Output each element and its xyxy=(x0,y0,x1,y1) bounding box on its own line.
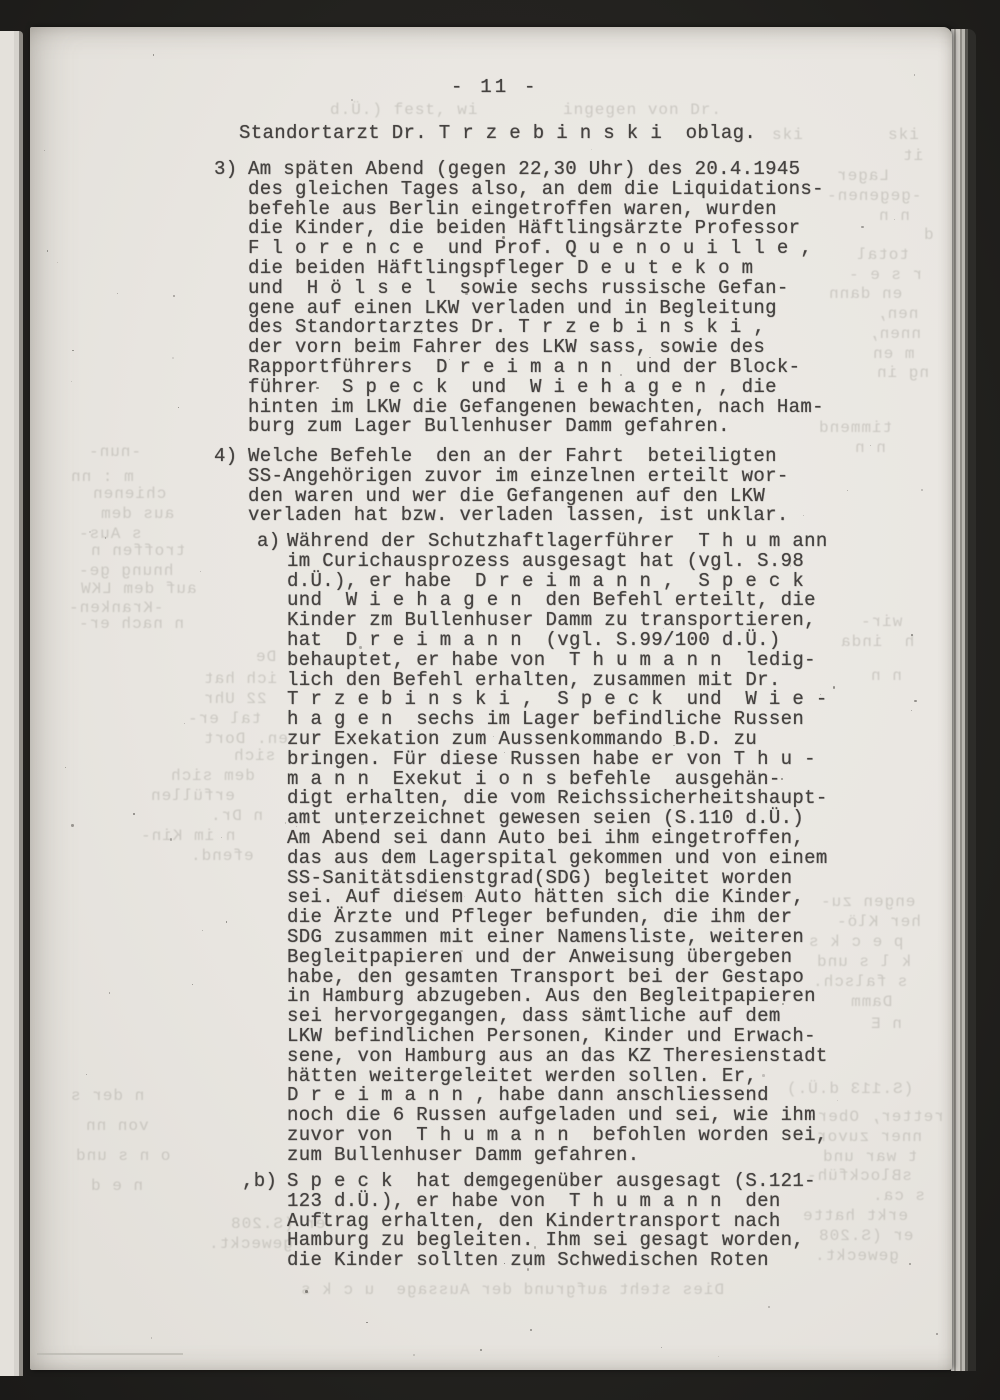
text-line: des gleichen Tages also, an dem die Liqu… xyxy=(248,180,824,200)
text-line: die Ärzte und Pfleger befunden, die ihm … xyxy=(287,908,828,928)
text-line: Rapportführers D r e i m a n n und der B… xyxy=(248,358,824,378)
text-line: zuvor von T h u m a n n befohlen worden … xyxy=(287,1126,828,1146)
text-line: 123 d.Ü.), er habe von T h u m a n n den xyxy=(287,1192,816,1212)
text-line: S p e c k hat demgegenüber ausgesagt (S.… xyxy=(287,1172,816,1192)
paragraph-subitem-a: Während der Schutzhaftlagerführer T h u … xyxy=(287,532,828,1166)
text-line: F l o r e n c e und Prof. Q u e n o u i … xyxy=(248,239,824,259)
text-line: behauptet, er habe von T h u m a n n led… xyxy=(287,651,828,671)
page-number: - 11 - xyxy=(451,78,539,98)
item-3-marker: 3) xyxy=(214,160,238,180)
subitem-b-marker: ,b) xyxy=(242,1172,277,1192)
typewritten-text-layer: - 11 - Standortarzt Dr. T r z e b i n s … xyxy=(30,27,952,1370)
text-line: der vorn beim Fahrer des LKW sass, sowie… xyxy=(248,338,824,358)
text-line: sene, von Hamburg aus an das KZ Theresie… xyxy=(287,1047,828,1067)
text-line: noch die 6 Russen aufgeladen und sei, wi… xyxy=(287,1106,828,1126)
text-line: führer S p e c k und W i e h a g e n , d… xyxy=(248,378,824,398)
text-line: im Curichausprozess ausgesagt hat (vgl. … xyxy=(287,552,828,572)
subitem-a-marker: a) xyxy=(257,532,281,552)
underlying-page-edge xyxy=(0,31,23,1376)
text-line: die beiden Häftlingspfleger D e u t e k … xyxy=(248,259,824,279)
text-line: und H ö l s e l sowie sechs russische Ge… xyxy=(248,279,824,299)
text-line: Begleitpapieren und der Anweisung überge… xyxy=(287,948,828,968)
paragraph-item-4: Welche Befehle den an der Fahrt beteilig… xyxy=(248,447,789,526)
page-stack-edges xyxy=(951,29,976,1371)
intro-line: Standortarzt Dr. T r z e b i n s k i obl… xyxy=(239,124,756,144)
text-line: SDG zusammen mit einer Namensliste, weit… xyxy=(287,928,828,948)
text-line: hat D r e i m a n n (vgl. S.99/100 d.Ü.) xyxy=(287,631,828,651)
document-page: d.Ü.) fest, wiingegen von Dr.skiskiitLag… xyxy=(30,27,952,1370)
text-line: das aus dem Lagerspital gekommen und von… xyxy=(287,849,828,869)
text-line: Am späten Abend (gegen 22,30 Uhr) des 20… xyxy=(248,160,824,180)
text-line: zum Bullenhuser Damm gefahren. xyxy=(287,1146,828,1166)
text-line: burg zum Lager Bullenhuser Damm gefahren… xyxy=(248,417,824,437)
text-line: verladen hat bzw. verladen lassen, ist u… xyxy=(248,506,789,526)
text-line: zur Exekation zum Aussenkommando B.D. zu xyxy=(287,730,828,750)
text-line: die Kinder sollten zum Schwedischen Rote… xyxy=(287,1251,816,1271)
text-line: Kinder zm Bullenhuser Damm zu transporti… xyxy=(287,611,828,631)
text-line: h a g e n sechs im Lager befindliche Rus… xyxy=(287,710,828,730)
text-line: Am Abend sei dann Auto bei ihm eingetrof… xyxy=(287,829,828,849)
paragraph-item-3: Am späten Abend (gegen 22,30 Uhr) des 20… xyxy=(248,160,824,437)
text-line: SS-Angehörigen zuvor im einzelnen erteil… xyxy=(248,467,789,487)
text-line: amt unterzeichnet gewesen seien (S.110 d… xyxy=(287,809,828,829)
text-line: Welche Befehle den an der Fahrt beteilig… xyxy=(248,447,789,467)
text-line: sei hervorgegangen, dass sämtliche auf d… xyxy=(287,1007,828,1027)
text-line: LKW befindlichen Personen, Kinder und Er… xyxy=(287,1027,828,1047)
item-4-marker: 4) xyxy=(214,447,238,467)
text-line: Während der Schutzhaftlagerführer T h u … xyxy=(287,532,828,552)
text-line: bringen. Für diese Russen habe er von T … xyxy=(287,750,828,770)
paragraph-subitem-b: S p e c k hat demgegenüber ausgesagt (S.… xyxy=(287,1172,816,1271)
